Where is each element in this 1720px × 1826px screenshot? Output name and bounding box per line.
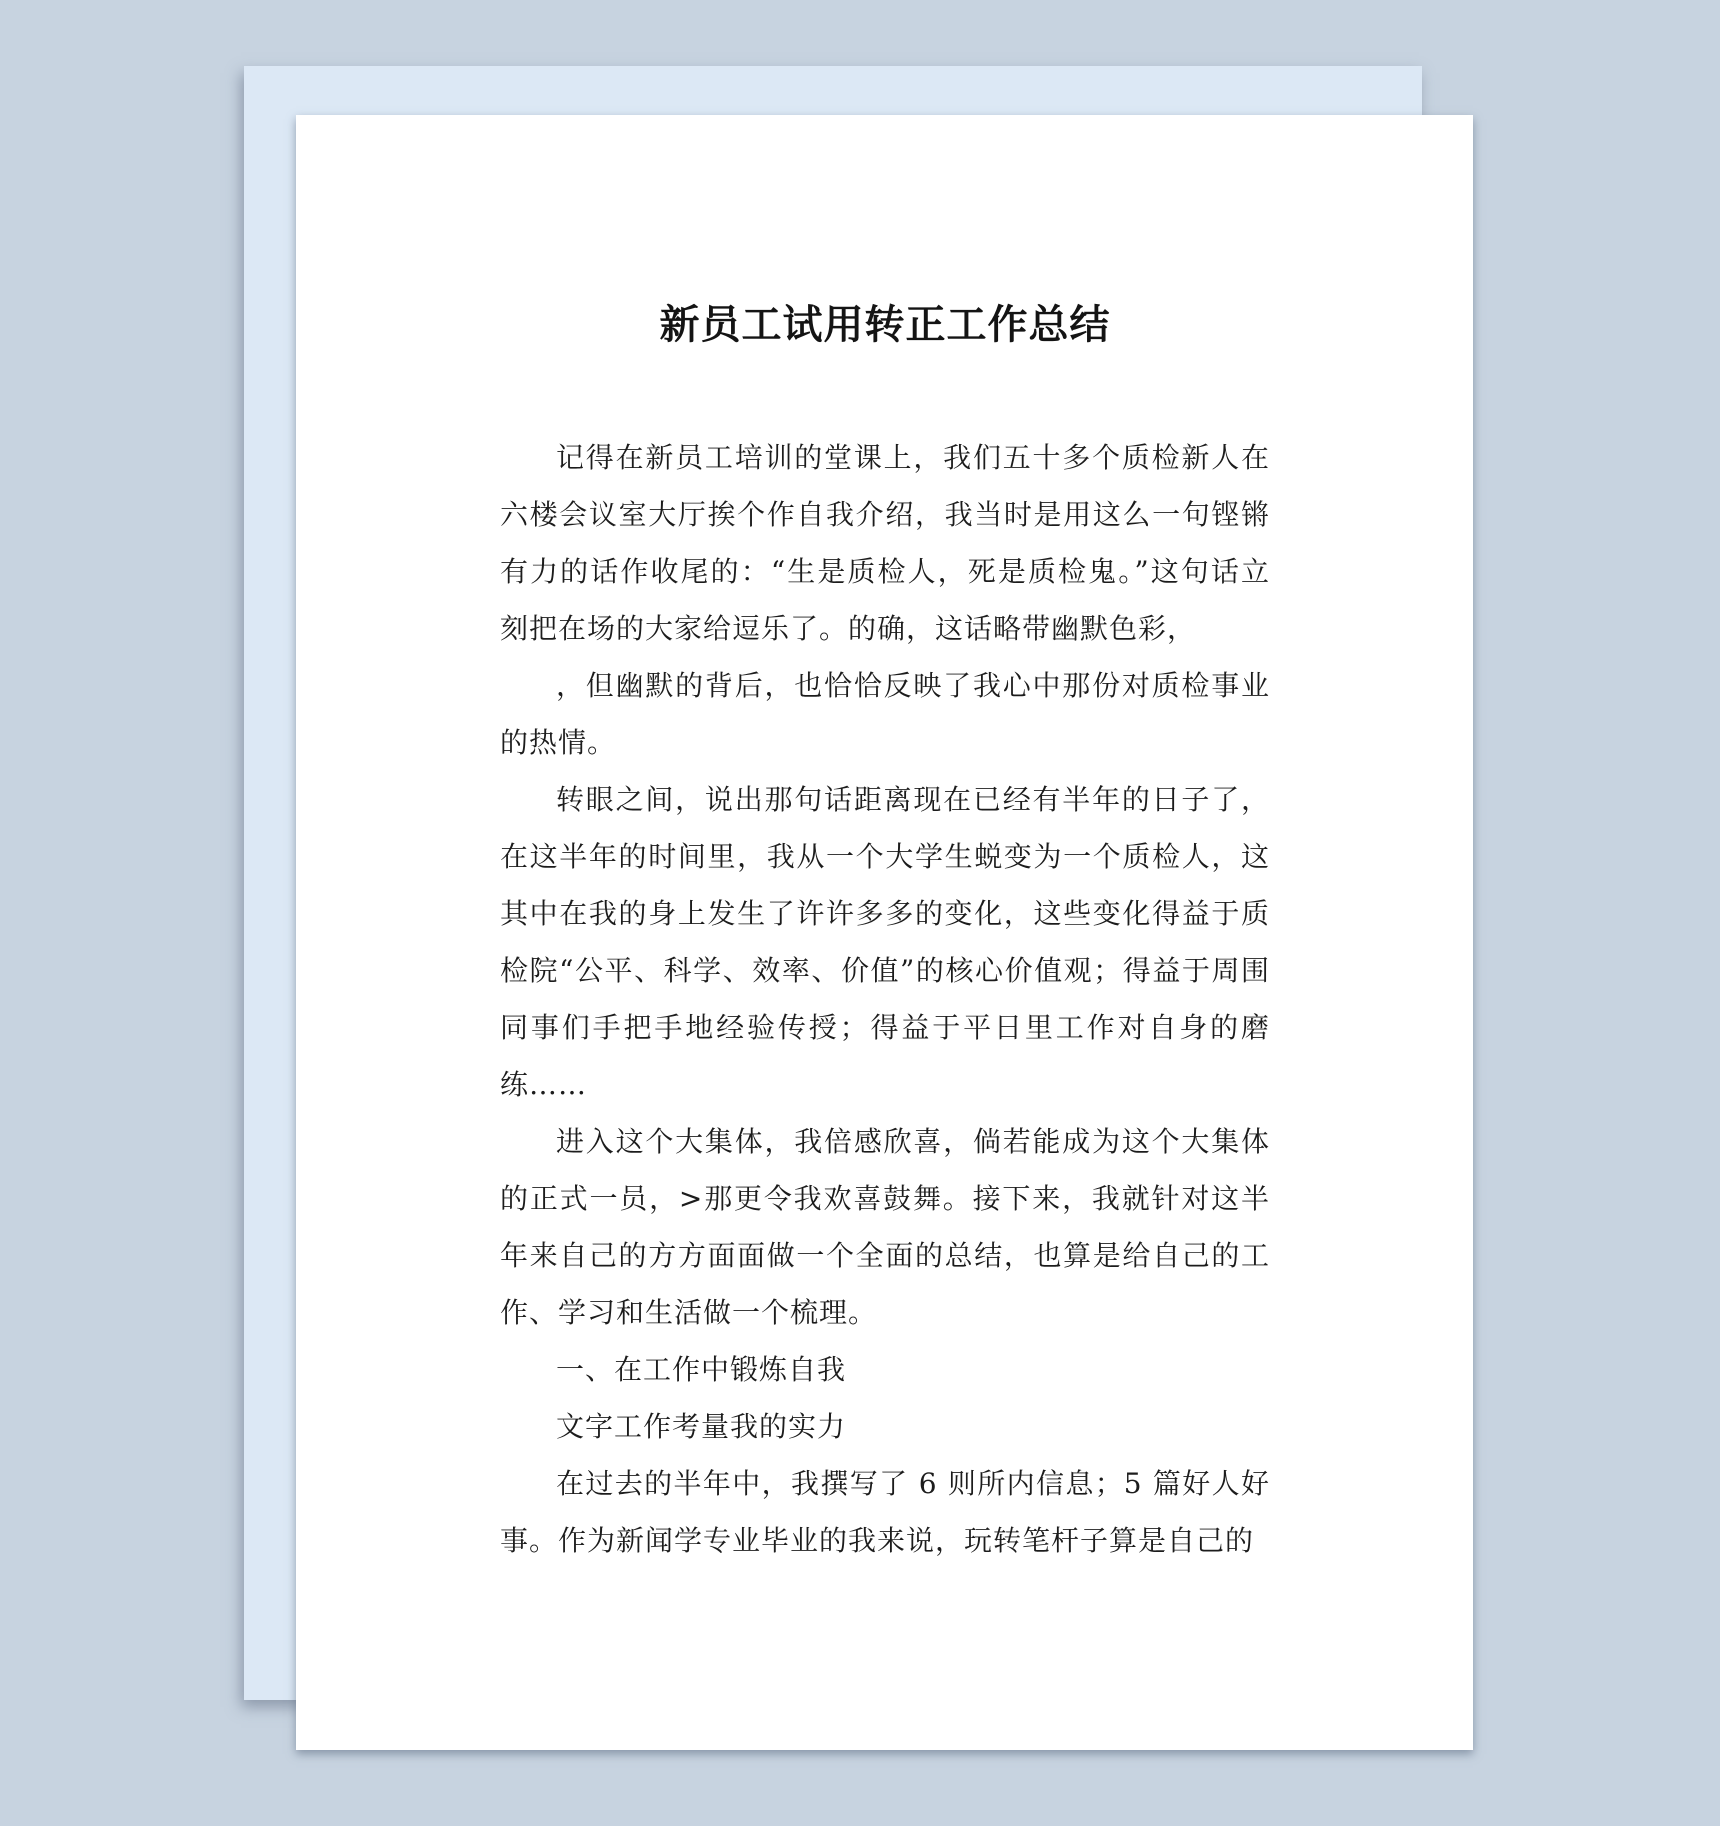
desktop-background: 新员工试用转正工作总结 记得在新员工培训的堂课上，我们五十多个质检新人在六楼会议…: [0, 0, 1720, 1826]
document-title: 新员工试用转正工作总结: [500, 295, 1270, 355]
paragraph: ，但幽默的背后，也恰恰反映了我心中那份对质检事业的热情。: [500, 657, 1270, 771]
document-body: 记得在新员工培训的堂课上，我们五十多个质检新人在六楼会议室大厅挨个作自我介绍，我…: [500, 429, 1270, 1569]
paragraph: 记得在新员工培训的堂课上，我们五十多个质检新人在六楼会议室大厅挨个作自我介绍，我…: [500, 429, 1270, 657]
document-page: 新员工试用转正工作总结 记得在新员工培训的堂课上，我们五十多个质检新人在六楼会议…: [296, 115, 1473, 1750]
paragraph: 转眼之间，说出那句话距离现在已经有半年的日子了，在这半年的时间里，我从一个大学生…: [500, 771, 1270, 1113]
paragraph: 进入这个大集体，我倍感欣喜，倘若能成为这个大集体的正式一员，>那更令我欢喜鼓舞。…: [500, 1113, 1270, 1341]
paragraph: 文字工作考量我的实力: [500, 1398, 1270, 1455]
paragraph: 一、在工作中锻炼自我: [500, 1341, 1270, 1398]
paragraph: 在过去的半年中，我撰写了 6 则所内信息；5 篇好人好事。作为新闻学专业毕业的我…: [500, 1455, 1270, 1569]
